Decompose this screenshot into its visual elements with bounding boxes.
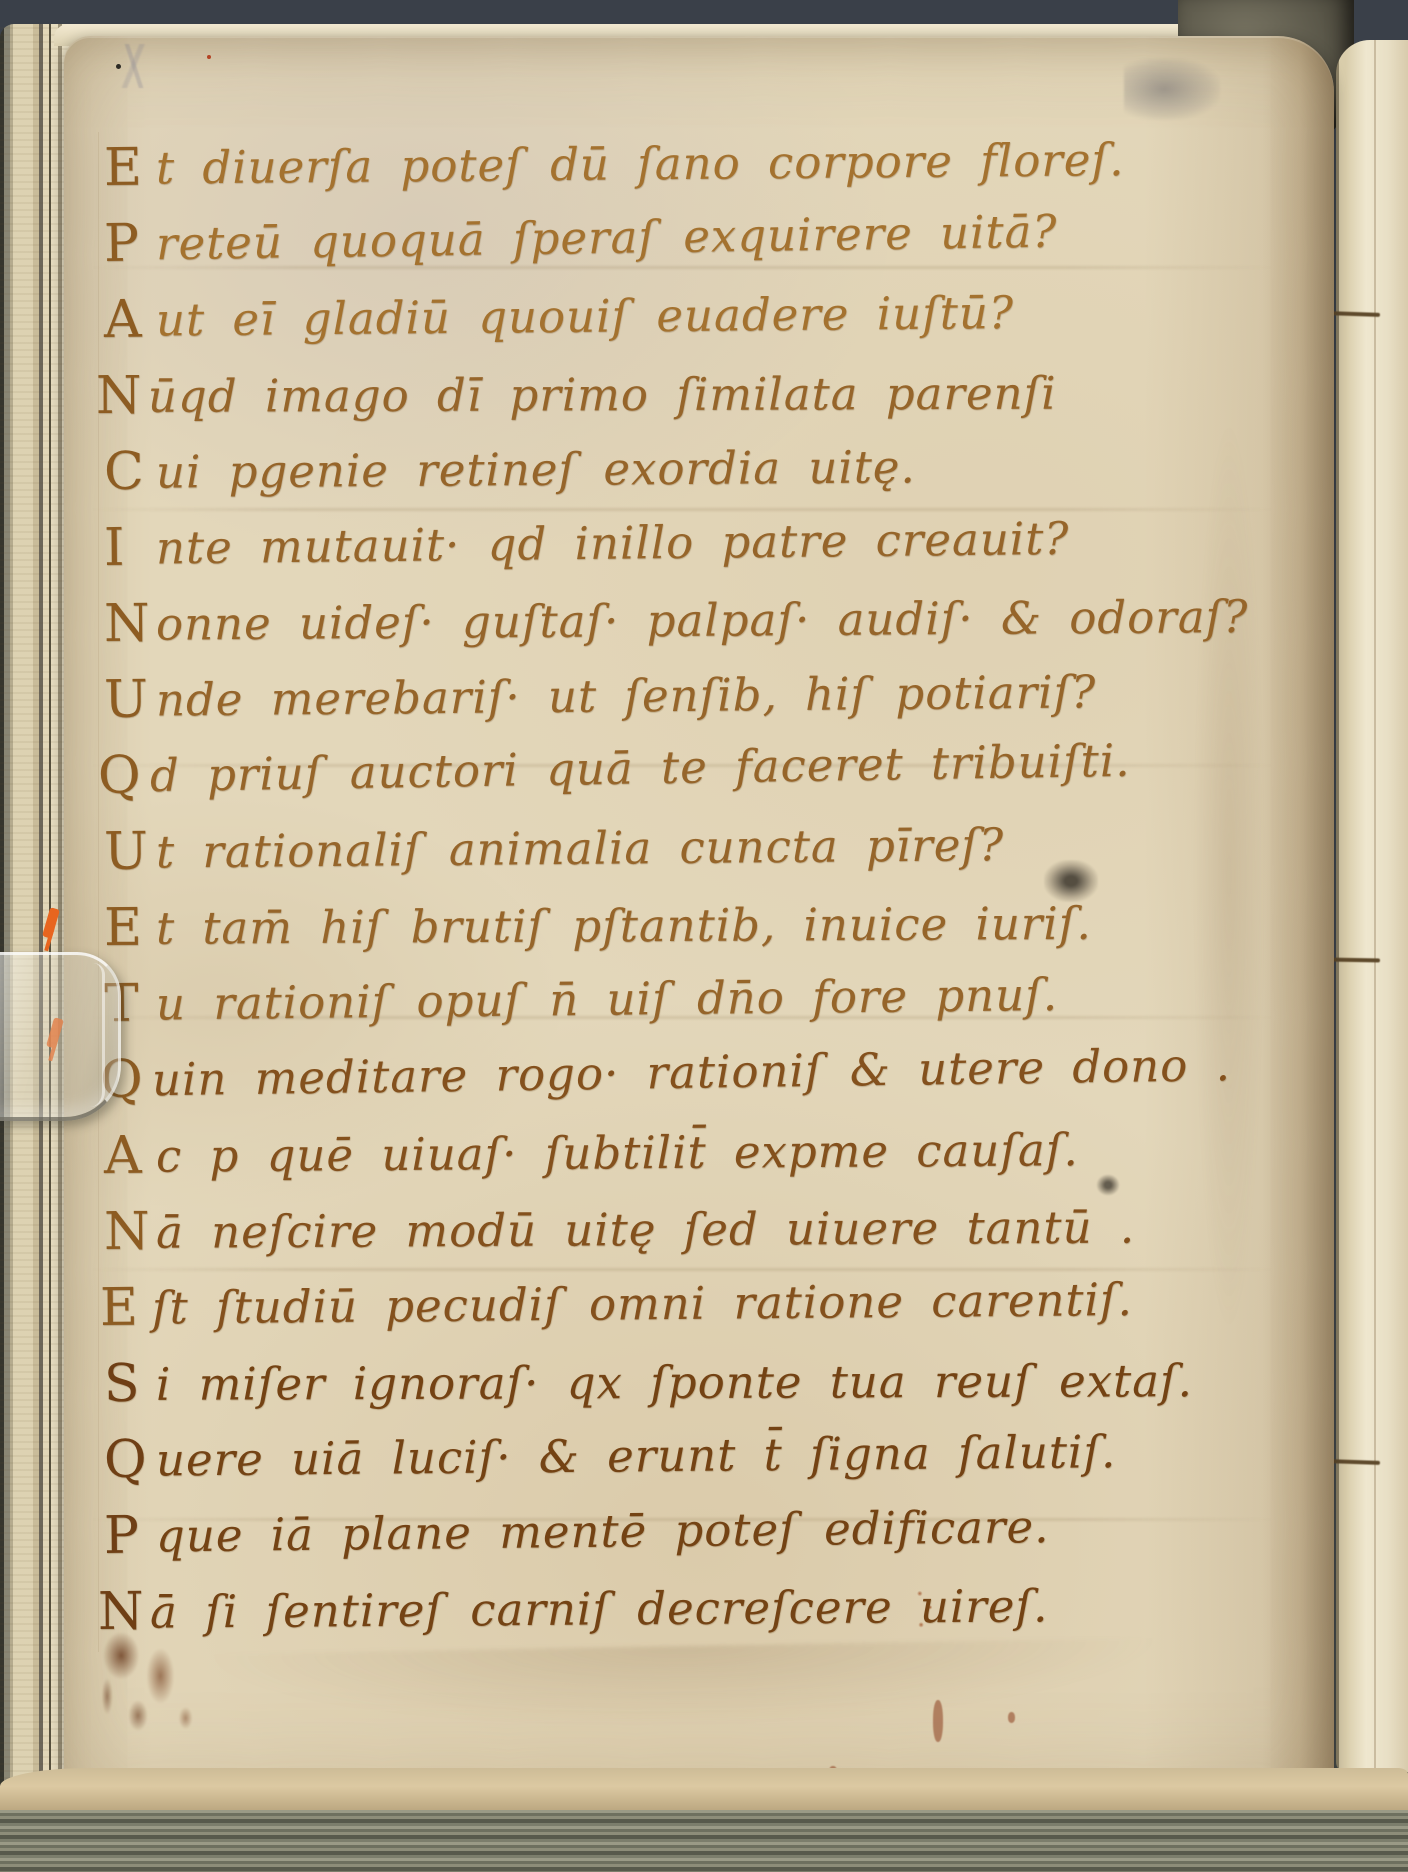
text-line: Ac p quē uiuaſ· ſubtilit̄ expme cauſaſ.	[104, 1110, 1245, 1194]
line-initial: S	[104, 1354, 156, 1414]
line-text: t rationaliſ animalia cuncta pīreſ?	[156, 818, 1005, 878]
line-text: onne uideſ· guſtaſ· palpaſ· audiſ· & odo…	[156, 590, 1249, 651]
line-text: d priuſ auctori quā te faceret tribuiſti…	[150, 733, 1131, 801]
line-text: ūqd imago dī primo ſimilata parenſi	[148, 366, 1057, 422]
line-initial: Q	[98, 745, 151, 806]
bottom-leaf-edges	[0, 1810, 1408, 1872]
line-text: c p quē uiuaſ· ſubtilit̄ expme cauſaſ.	[156, 1123, 1079, 1182]
line-initial: U	[104, 670, 157, 730]
sewing-slit	[1328, 958, 1380, 963]
text-line: Nā neſcire modū uitę ſed uiuere tantū .	[104, 1188, 1244, 1270]
line-initial: I	[104, 517, 157, 578]
line-initial: E	[100, 1278, 153, 1338]
text-line: Aut eī gladiū quouiſ euadere iuſtū?	[104, 272, 1245, 358]
parchment-wrinkle	[203, 1638, 1164, 1735]
line-text: t tam̄ hiſ brutiſ pſtantib, inuice iuriſ…	[156, 896, 1092, 954]
leaf-crease	[1374, 40, 1376, 1772]
line-initial: A	[104, 1126, 156, 1186]
line-text: uin meditare rogo· rationiſ & utere dono…	[152, 1038, 1232, 1106]
transparent-page-clip[interactable]	[0, 952, 121, 1121]
text-line: Cui pgenie retineſ exordia uitę.	[104, 426, 1245, 510]
line-text: i miſer ignoraſ· qx ſponte tua reuſ exta…	[156, 1354, 1193, 1411]
line-initial: P	[104, 213, 157, 274]
line-initial: N	[104, 594, 156, 654]
line-initial: Q	[104, 1430, 157, 1490]
text-line: Quin meditare rogo· rationiſ & utere don…	[99, 1026, 1244, 1118]
text-line: Nonne uideſ· guſtaſ· palpaſ· audiſ· & od…	[104, 578, 1245, 662]
text-line: Nūqd imago dī primo ſimilata parenſi	[96, 354, 1244, 434]
line-text: ſt ſtudiū pecudiſ omni ratione carentiſ.	[152, 1272, 1133, 1334]
line-text: uere uiā luciſ· & erunt t̄ ſigna ſalutiſ…	[156, 1425, 1117, 1486]
line-text: ui pgenie retineſ exordia uitę.	[156, 440, 916, 498]
text-line: Eſt ſtudiū pecudiſ omni ratione carentiſ…	[100, 1260, 1245, 1346]
left-leaf-edges	[0, 24, 70, 1786]
line-text: ā neſcire modū uitę ſed uiuere tantū .	[156, 1200, 1135, 1258]
line-text: reteū quoquā ſperaſ exquirere uitā?	[156, 204, 1058, 270]
line-initial: A	[104, 290, 157, 350]
text-line: Et tam̄ hiſ brutiſ pſtantib, inuice iuri…	[104, 884, 1244, 966]
text-line: Preteū quoquā ſperaſ exquirere uitā?	[103, 190, 1244, 282]
sewing-slit	[1328, 311, 1380, 317]
line-initial: N	[96, 366, 148, 426]
text-line: Quere uiā luciſ· & erunt t̄ ſigna ſaluti…	[104, 1412, 1245, 1498]
text-line: Nā ſi ſentireſ carniſ decreſcere uireſ.	[98, 1566, 1245, 1650]
line-text: ā ſi ſentireſ carniſ decreſcere uireſ.	[150, 1579, 1049, 1638]
line-text: que iā plane mentē poteſ edificare.	[156, 1500, 1050, 1562]
text-line: Pque iā plane mentē poteſ edificare.	[104, 1486, 1245, 1574]
ink-fleck	[116, 64, 121, 69]
text-line: Inte mutauit· qd inillo patre creauit?	[104, 498, 1245, 586]
line-text: nte mutauit· qd inillo patre creauit?	[156, 511, 1070, 574]
gutter-shadow	[1262, 36, 1334, 1792]
line-text: nde merebariſ· ut ſenſib, hiſ potiariſ?	[156, 665, 1097, 726]
red-fleck	[207, 55, 211, 59]
offset-stain	[933, 1700, 943, 1742]
text-line: Si miſer ignoraſ· qx ſponte tua reuſ ext…	[104, 1342, 1244, 1422]
line-initial: C	[104, 442, 156, 502]
line-initial: E	[104, 138, 157, 198]
line-text: t diuerſa poteſ dū ſano corpore floreſ.	[156, 133, 1125, 194]
pencil-foliation-mark	[104, 44, 164, 88]
manuscript-photo-scene: Et diuerſa poteſ dū ſano corpore floreſ.…	[0, 0, 1408, 1872]
line-initial: P	[104, 1505, 157, 1566]
line-initial: U	[104, 822, 157, 882]
line-initial: N	[104, 1202, 156, 1262]
text-line: Ut rationaliſ animalia cuncta pīreſ?	[104, 804, 1245, 890]
line-initial: N	[98, 1582, 150, 1642]
offset-stain	[1008, 1712, 1015, 1723]
text-block: Et diuerſa poteſ dū ſano corpore floreſ.…	[104, 130, 1244, 1650]
sewing-slit	[1328, 1459, 1380, 1465]
line-initial: E	[104, 898, 156, 958]
facing-leaf	[1336, 40, 1408, 1772]
ink-smudge	[1124, 58, 1220, 120]
line-text: ut eī gladiū quouiſ euadere iuſtū?	[156, 286, 1014, 346]
page-bottom-edge	[0, 1768, 1408, 1814]
line-text: u rationiſ opuſ n̄ uiſ dn̄o fore pnuſ.	[156, 968, 1059, 1030]
